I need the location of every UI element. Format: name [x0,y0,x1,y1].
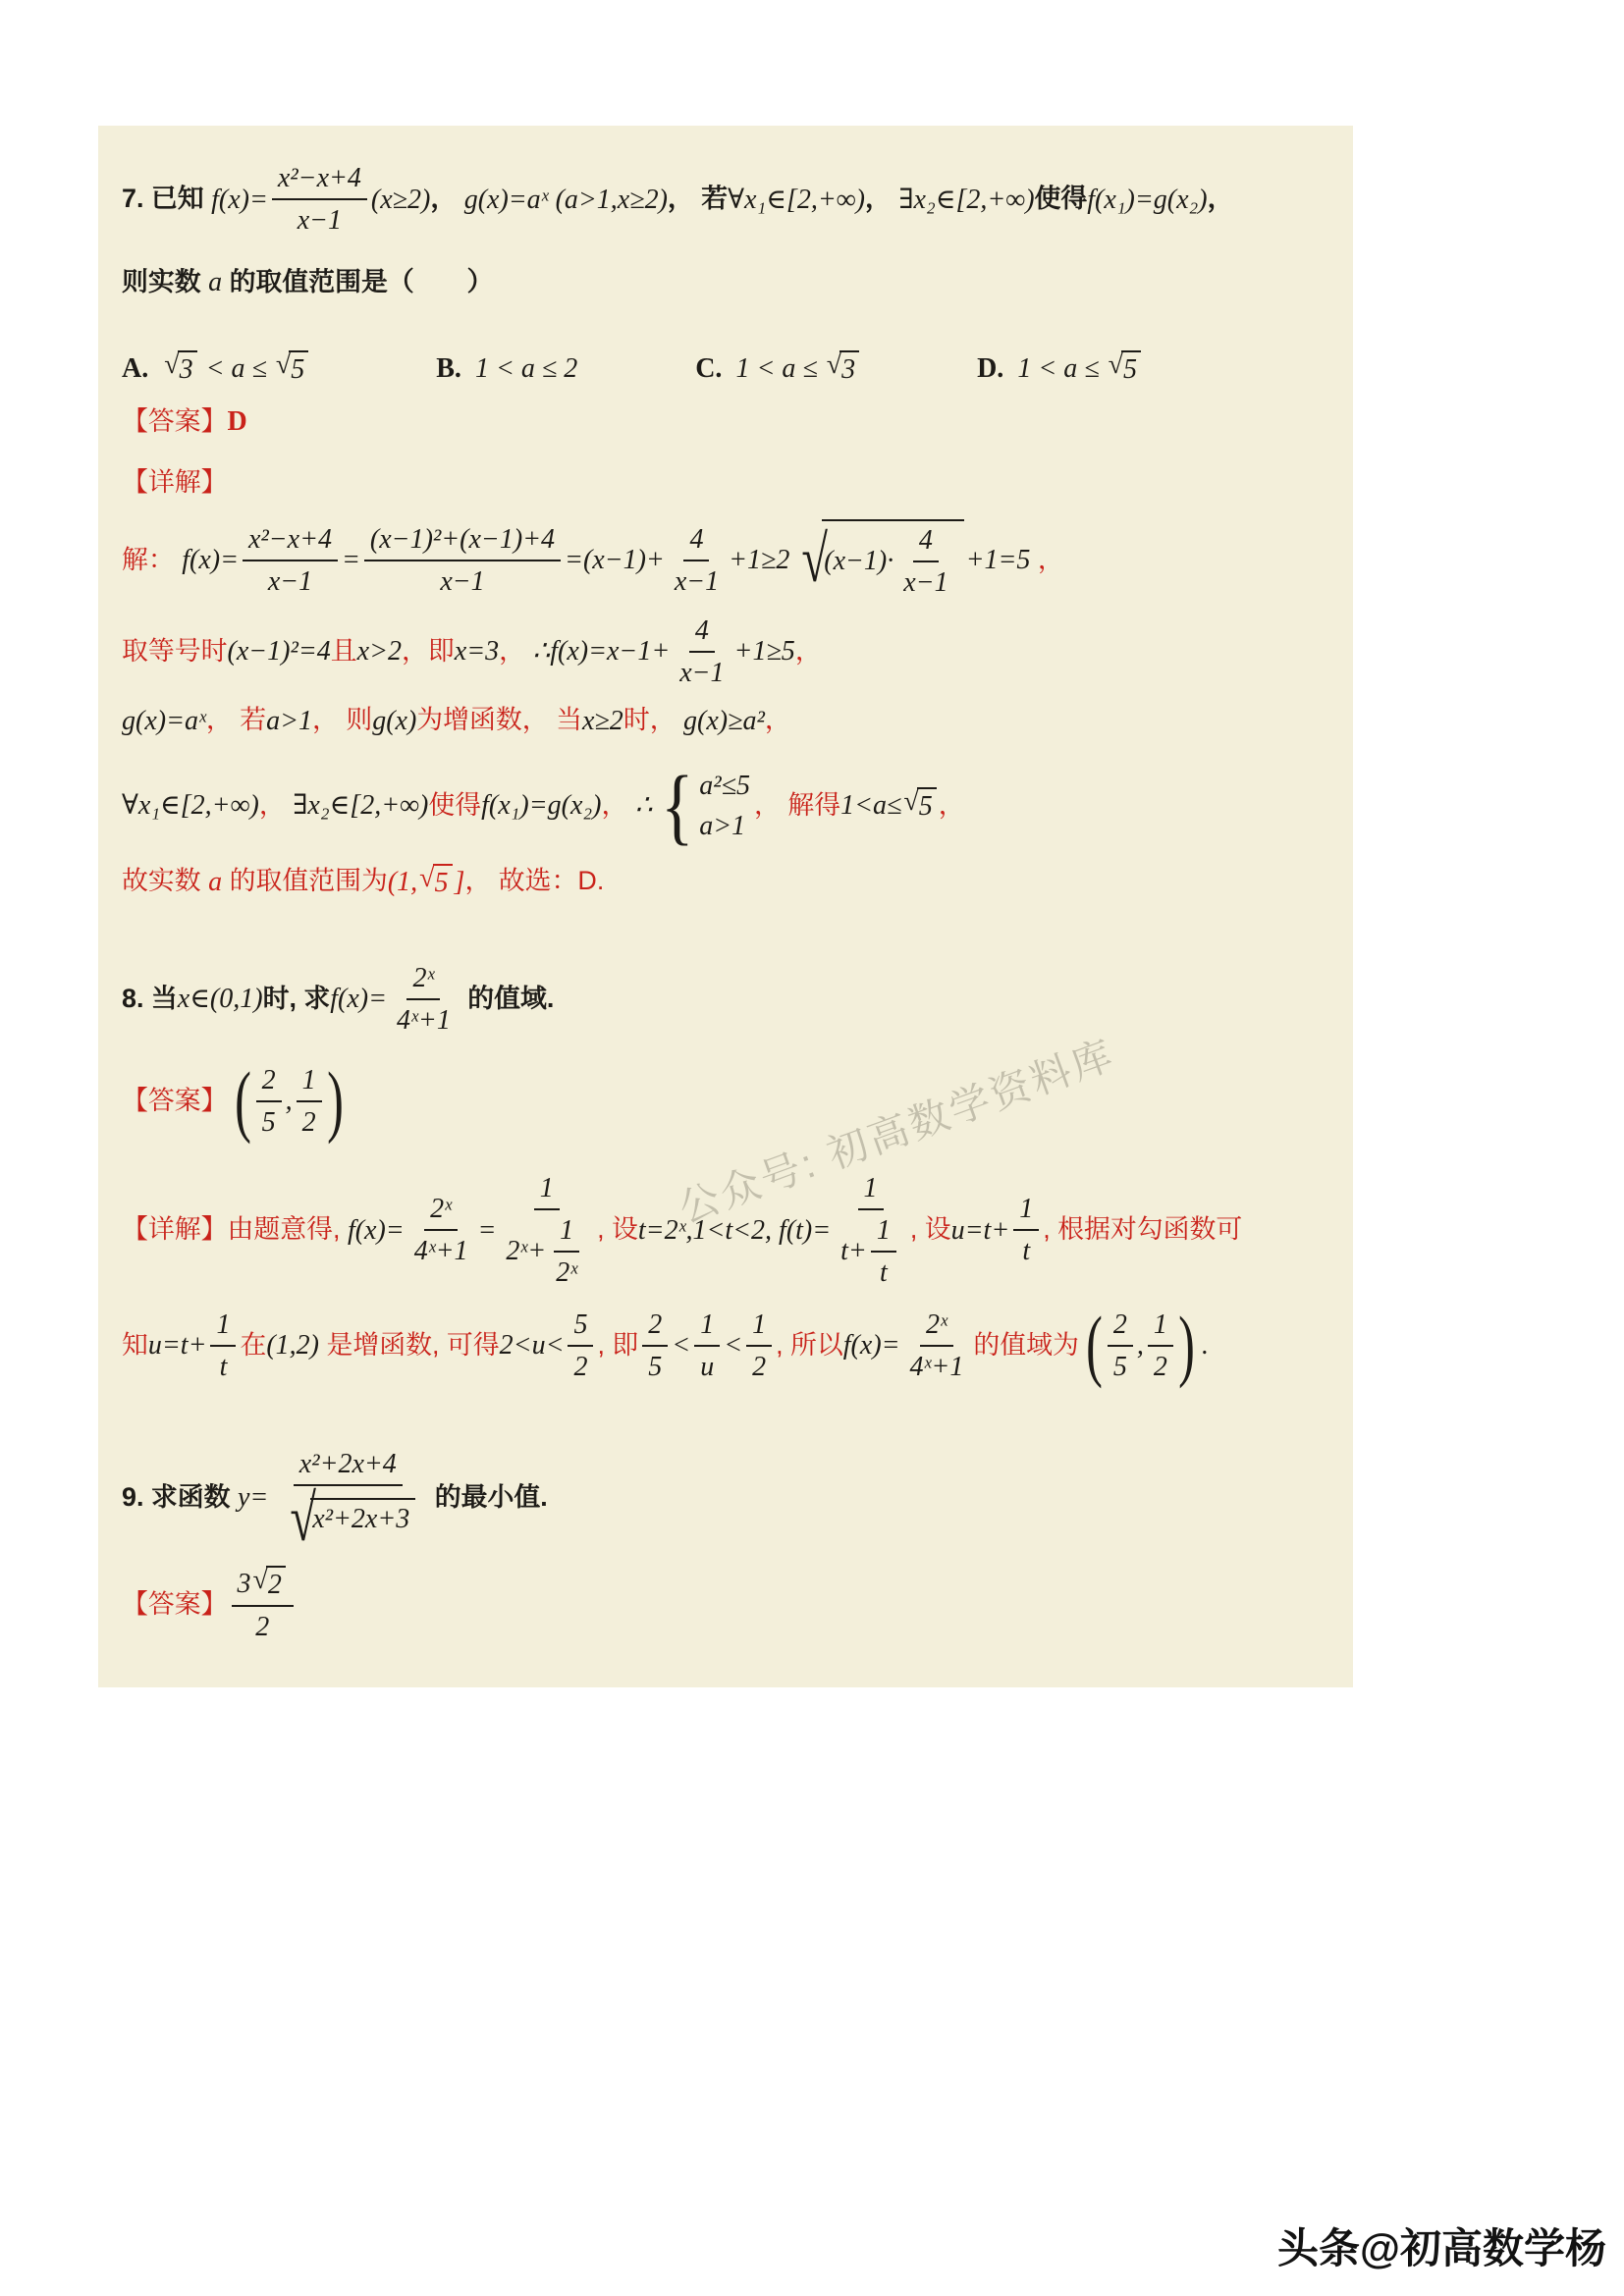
denominator: x−1 [262,561,318,599]
numerator: 2ˣ [406,961,440,1000]
open-paren: ( [235,1067,251,1135]
problem7-solution-line5: 故实数 a 的取值范围为(1,√5]， 故选：D. [122,864,1329,900]
text-run: g(x)≥a² [683,704,765,738]
numerator: 4 [913,523,939,562]
text-run: ， [499,635,532,668]
numerator: x²+2x+4 [294,1447,403,1486]
text-run: ， [795,635,822,668]
text-run: ， [1208,183,1234,216]
text-run: 1 [1019,1192,1033,1226]
text-run: ] [455,865,465,899]
numerator: 2 [642,1308,668,1347]
denominator: 2 [249,1607,275,1644]
problem8-detail-line1: 【详解】由题意得, f(x)=2ˣ4ˣ+1=12ˣ+12ˣ, 设t=2ˣ,1<t… [122,1171,1329,1290]
numerator: 3√2 [232,1566,294,1607]
text-run: ∃x₂∈[2,+∞) [293,788,428,823]
close-paren: ) [1178,1311,1195,1379]
text-run: 5 [573,1308,587,1342]
text-run: a>1 [266,704,312,738]
paren-content: 25,12 [252,1063,326,1140]
text-run: 4ˣ+1 [414,1234,468,1268]
problem8-statement: 8. 当x∈(0,1)时, 求f(x)=2ˣ4ˣ+1 的值域. [122,961,1329,1038]
numerator: 2 [1108,1308,1133,1347]
text-run: 5 [1113,1350,1127,1384]
fraction: 25 [1108,1308,1133,1384]
byline: 头条@初高数学杨 [1277,2216,1606,2275]
numerator: (x−1)²+(x−1)+4 [364,522,561,561]
text-run: < a ≤ [199,351,274,386]
case-row: a²≤5 [699,769,750,803]
text-run: 2 [302,1105,316,1140]
text-run: ， 若 [668,183,728,216]
numerator: 1 [1148,1308,1173,1347]
text-run: 的取值范围是（ ） [222,266,493,299]
denominator: x−1 [669,561,725,599]
text-run: (x−1)²=4 [228,634,331,668]
text-run: t=2ˣ,1<t<2, f(t)= [638,1213,831,1248]
denominator: 2 [746,1347,772,1384]
fraction: 1t+1t [835,1171,906,1290]
text-run: 时， [623,704,683,737]
denominator: x−1 [434,561,490,599]
problem7-statement: 7. 已知 f(x)=x²−x+4x−1(x≥2)， g(x)=aˣ (a>1,… [122,161,1329,238]
denominator: x−1 [897,562,953,600]
text-run: 3 [238,1567,251,1601]
text-run: t+ [840,1234,867,1268]
square-root: √3 [164,350,196,387]
text-run: (1,2) [266,1328,319,1362]
numerator: 1 [210,1308,236,1347]
text-run: ， [259,789,293,823]
denominator: 5 [1108,1347,1133,1384]
text-run: 【详解】由题意得, [122,1213,348,1247]
text-run: 9. 求函数 [122,1481,238,1515]
fraction: 2ˣ4ˣ+1 [904,1308,970,1384]
denominator: 2ˣ [550,1253,583,1290]
text-run: g(x)=aˣ [122,704,206,738]
square-root: √5 [903,787,936,824]
numerator: 2ˣ [920,1308,953,1347]
spacer [861,368,977,369]
fraction: 12 [746,1308,772,1384]
fraction: 12 [297,1063,322,1140]
text-run: A. [122,351,162,386]
fraction: 12ˣ+12ˣ [500,1171,593,1290]
text-run: 2 [255,1610,269,1644]
text-run: f(x)= [182,543,239,577]
text-run: u [700,1350,714,1384]
fraction: x²−x+4x−1 [243,522,338,599]
fraction: 4x−1 [674,614,730,690]
radicand: 3 [839,350,859,387]
denominator: 4ˣ+1 [408,1231,474,1268]
text-run: 【答案】 [122,405,228,439]
spacer [310,368,436,369]
numerator: x²−x+4 [243,522,338,561]
text-run: < [672,1328,690,1362]
text-run: f(x)= [348,1213,405,1248]
square-root: √5 [419,864,452,900]
square-root: √x²+2x+3 [280,1489,415,1548]
text-run: +1≥2 [729,543,789,577]
numerator: 2 [256,1063,282,1102]
text-run: 2 [1113,1308,1127,1342]
numerator: 1 [534,1171,560,1210]
radicand: 3 [178,350,197,387]
radicand: x²+2x+3 [310,1498,415,1538]
square-root: √(x−1)·4x−1 [791,519,963,602]
fraction: 25 [642,1308,668,1384]
document-page: 7. 已知 f(x)=x²−x+4x−1(x≥2)， g(x)=aˣ (a>1,… [0,0,1624,2296]
text-run: ， 若 [206,704,266,737]
text-run: ∃x₂∈[2,+∞) [898,183,1034,217]
denominator: √x²+2x+3 [272,1486,423,1548]
text-run: 7. 已知 [122,183,211,216]
fraction: 1u [694,1308,720,1384]
fraction: 1t [210,1308,236,1384]
text-run: ， [865,183,898,216]
text-run: 2 [1154,1350,1167,1384]
text-run: , [286,1084,293,1118]
text-run: 的值域为 [973,1329,1079,1362]
text-run: 使得 [1035,183,1088,216]
text-run: ∴ [635,788,653,823]
radicand: 5 [1121,350,1141,387]
text-run: x−1 [298,203,342,238]
radicand: 2 [266,1566,286,1602]
problem7-solution-line3: g(x)=aˣ， 若a>1， 则g(x)为增函数， 当x≥2时， g(x)≥a²… [122,704,1329,738]
close-paren: ) [327,1067,344,1135]
numerator: 1 [554,1213,579,1253]
text-run: 4 [695,614,709,648]
fraction: 1t [871,1213,896,1290]
left-brace: { [661,768,693,844]
text-run: a [208,865,222,899]
problem8-answer: 【答案】(25,12) [122,1063,1329,1140]
text-run: . [1202,1328,1209,1362]
text-run: (x−1)· [824,544,893,578]
text-run: 使得 [428,789,481,823]
text-run: 8. 当 [122,983,178,1016]
text-run: 故实数 [122,865,208,898]
spacer [577,368,695,369]
text-run: (x≥2) [371,183,430,217]
text-run: 1 [877,1213,891,1248]
text-run: t [220,1350,228,1384]
text-run: x−1 [903,565,947,600]
fraction: x²+2x+4√x²+2x+3 [272,1447,423,1548]
text-run: f(x)= [843,1328,900,1362]
fraction: 3√22 [232,1566,294,1644]
text-run: x∈(0,1) [178,982,263,1016]
open-paren: ( [1086,1311,1103,1379]
text-run: g(x)=aˣ (a>1,x≥2) [464,183,668,217]
text-run: 取等号时 [122,635,228,668]
text-run: 4ˣ+1 [910,1350,964,1384]
text-run: 2 [262,1063,276,1097]
fraction: (x−1)²+(x−1)+4x−1 [364,522,561,599]
denominator: 4ˣ+1 [904,1347,970,1384]
denominator: 2 [297,1102,322,1140]
text-run: 2ˣ [556,1255,577,1290]
text-run: 1 [540,1171,554,1205]
text-run: 2ˣ+ [506,1234,546,1268]
numerator: 1 [858,1171,884,1210]
text-run: 2ˣ [430,1192,452,1226]
text-run: , 即 [597,1329,638,1362]
text-run: 1 [864,1171,878,1205]
denominator: 5 [256,1102,282,1140]
text-run: x>2 [357,634,402,668]
text-run: 的值域. [460,983,555,1016]
text-run: f(x)= [211,183,268,217]
numerator: 5 [568,1308,593,1347]
text-run: ∴f(x)=x−1+ [532,634,670,668]
text-run: x²+2x+4 [299,1447,397,1481]
fraction: 4x−1 [669,522,725,599]
text-run: 【详解】 [122,466,228,500]
square-root: √2 [253,1566,286,1602]
text-run: 知 [122,1329,148,1362]
text-run: D [228,404,247,439]
fraction: 2ˣ4ˣ+1 [391,961,457,1038]
text-run: x=3 [455,634,499,668]
fraction: x²−x+4x−1 [272,161,367,238]
text-run: u=t+ [148,1328,207,1362]
text-run: B. [436,351,475,386]
content-area: 7. 已知 f(x)=x²−x+4x−1(x≥2)， g(x)=aˣ (a>1,… [98,126,1353,1687]
text-run: 的最小值. [427,1481,547,1515]
radicand: (x−1)·4x−1 [822,519,963,602]
denominator: x−1 [674,653,730,690]
fraction: 4x−1 [897,523,953,600]
text-run: 2 [648,1308,662,1342]
text-run: f(x₁)=g(x₂) [1087,183,1207,217]
text-run: x−1 [440,564,484,599]
problem9-answer: 【答案】3√22 [122,1566,1329,1644]
text-run: < [724,1328,742,1362]
text-run: 2ˣ [926,1308,947,1342]
text-run: 的取值范围为 [222,865,388,898]
text-run: 且 [331,635,357,668]
denominator: 2ˣ+12ˣ [500,1210,593,1290]
text-run: 【答案】 [122,1588,228,1622]
problem8-detail-line2: 知u=t+1t在(1,2) 是增函数, 可得2<u<52, 即25<1u<12,… [122,1308,1329,1384]
text-run: 是增函数, 可得 [319,1329,500,1362]
numerator: 1 [694,1308,720,1347]
numerator: 2ˣ [424,1192,458,1231]
text-run: 4 [689,522,703,557]
denominator: x−1 [292,200,348,238]
text-run: 1 [700,1308,714,1342]
case-row: a>1 [699,809,750,843]
text-run: 1<a≤ [840,788,901,823]
problem7-options: A. √3 < a ≤ √5B. 1 < a ≤ 2C. 1 < a ≤ √3D… [122,350,1329,387]
fraction: 52 [568,1308,593,1384]
text-run: 1 < a ≤ 2 [475,351,577,386]
text-run: 5 [648,1350,662,1384]
text-run: , 设 [910,1213,951,1247]
problem7-solution-line2: 取等号时(x−1)²=4且x>2，即x=3， ∴f(x)=x−1+4x−1+1≥… [122,614,1329,690]
denominator: t [874,1253,893,1290]
fraction: 2ˣ4ˣ+1 [408,1192,474,1268]
text-run: ， [430,183,463,216]
problem7-solution-line1: 解： f(x)=x²−x+4x−1=(x−1)²+(x−1)+4x−1=(x−1… [122,519,1329,602]
text-run: t [880,1255,888,1290]
numerator: 1 [297,1063,322,1102]
text-run: 1 [1154,1308,1167,1342]
problem7-detail-label: 【详解】 [122,466,1329,500]
text-run: 2 [752,1350,766,1384]
radicand: 5 [433,864,453,900]
text-run: x−1 [268,564,312,599]
text-run: , 根据对勾函数可 [1043,1213,1242,1247]
text-run: y= [238,1480,268,1515]
radicand: 5 [289,350,308,387]
text-run: , 所以 [776,1329,843,1362]
square-root: √5 [276,350,308,387]
case-rows: a²≤5a>1 [699,769,750,843]
text-run: ，即 [402,635,455,668]
text-run: 2ˣ [412,961,434,995]
text-run: ∀x₁∈[2,+∞) [728,183,865,217]
denominator: t+1t [835,1210,906,1290]
text-run: ， [1030,544,1063,577]
text-run: ， [601,789,634,823]
numerator: 4 [689,614,715,653]
numerator: x²−x+4 [272,161,367,200]
problem7-answer: 【答案】D [122,404,1329,439]
big-paren-group: (25,12) [230,1063,349,1140]
denominator: 5 [642,1347,668,1384]
cases-system: {a²≤5a>1 [657,768,750,844]
text-run: f(x₁)=g(x₂) [481,788,601,823]
text-run: 解： [122,544,182,577]
text-run: , [1137,1328,1144,1362]
text-run: ， [765,704,791,737]
numerator: 1 [746,1308,772,1347]
text-run: x²−x+4 [248,522,332,557]
denominator: 2 [568,1347,593,1384]
problem9-statement: 9. 求函数 y=x²+2x+4√x²+2x+3 的最小值. [122,1447,1329,1548]
text-run: g(x) [372,704,416,738]
text-run: +1=5 [966,543,1031,577]
text-run: f(x)= [330,982,387,1016]
fraction: 1t [1013,1192,1039,1268]
text-run: x−1 [679,656,724,690]
big-paren-group: (25,12) [1081,1308,1200,1384]
text-run: 4ˣ+1 [397,1003,451,1038]
text-run: u=t+ [951,1213,1010,1248]
text-run: x²−x+4 [278,161,361,195]
text-run: 4 [919,523,933,558]
text-run: D. [977,351,1017,386]
text-run: ， [939,789,965,823]
text-run: 则实数 [122,266,208,299]
text-run: 为增函数， 当 [416,704,582,737]
fraction: 25 [256,1063,282,1140]
radical-sign: √ [802,530,829,589]
text-run: 【答案】 [122,1085,228,1118]
denominator: u [694,1347,720,1384]
denominator: 4ˣ+1 [391,1000,457,1038]
text-run: a [208,265,222,299]
fraction: 12ˣ [550,1213,583,1290]
square-root: √3 [827,350,859,387]
text-run: = [477,1213,496,1248]
text-run: x−1 [675,564,719,599]
denominator: 2 [1148,1347,1173,1384]
text-run: x²+2x+3 [312,1502,409,1536]
text-run: 1 [302,1063,316,1097]
text-run: = [342,543,360,577]
text-run: ， 解得 [754,789,840,823]
text-run: , 设 [597,1213,638,1247]
text-run: 1 [752,1308,766,1342]
text-run: (x−1)²+(x−1)+4 [370,522,555,557]
numerator: 1 [871,1213,896,1253]
text-run: C. [695,351,735,386]
problem7-question: 则实数 a 的取值范围是（ ） [122,265,1329,299]
denominator: t [1016,1231,1036,1268]
text-run: x≥2 [582,704,623,738]
text-run: 1 [216,1308,230,1342]
square-root: √5 [1109,350,1141,387]
text-run: (1, [388,865,417,899]
text-run: 时, 求 [263,983,331,1016]
text-run: ， 则 [312,704,372,737]
numerator: 1 [1013,1192,1039,1231]
text-run: 1 < a ≤ [735,351,824,386]
problem7-solution-line4: ∀x₁∈[2,+∞)， ∃x₂∈[2,+∞)使得f(x₁)=g(x₂)， ∴{a… [122,768,1329,844]
radicand: 5 [917,787,937,824]
text-run: 2 [573,1350,587,1384]
text-run: 1 [560,1213,573,1248]
text-run: =(x−1)+ [565,543,665,577]
text-run: 2<u< [500,1328,565,1362]
text-run: ， 故选：D. [464,865,604,898]
fraction: 12 [1148,1308,1173,1384]
paren-content: 25,12 [1104,1308,1177,1384]
denominator: t [214,1347,234,1384]
radical-sign: √ [291,1489,317,1548]
text-run: 1 < a ≤ [1017,351,1106,386]
text-run: 5 [262,1105,276,1140]
text-run: t [1022,1234,1030,1268]
text-run: +1≥5 [734,634,795,668]
text-run: 在 [240,1329,266,1362]
text-run: ∀x₁∈[2,+∞) [122,788,259,823]
numerator: 4 [683,522,709,561]
